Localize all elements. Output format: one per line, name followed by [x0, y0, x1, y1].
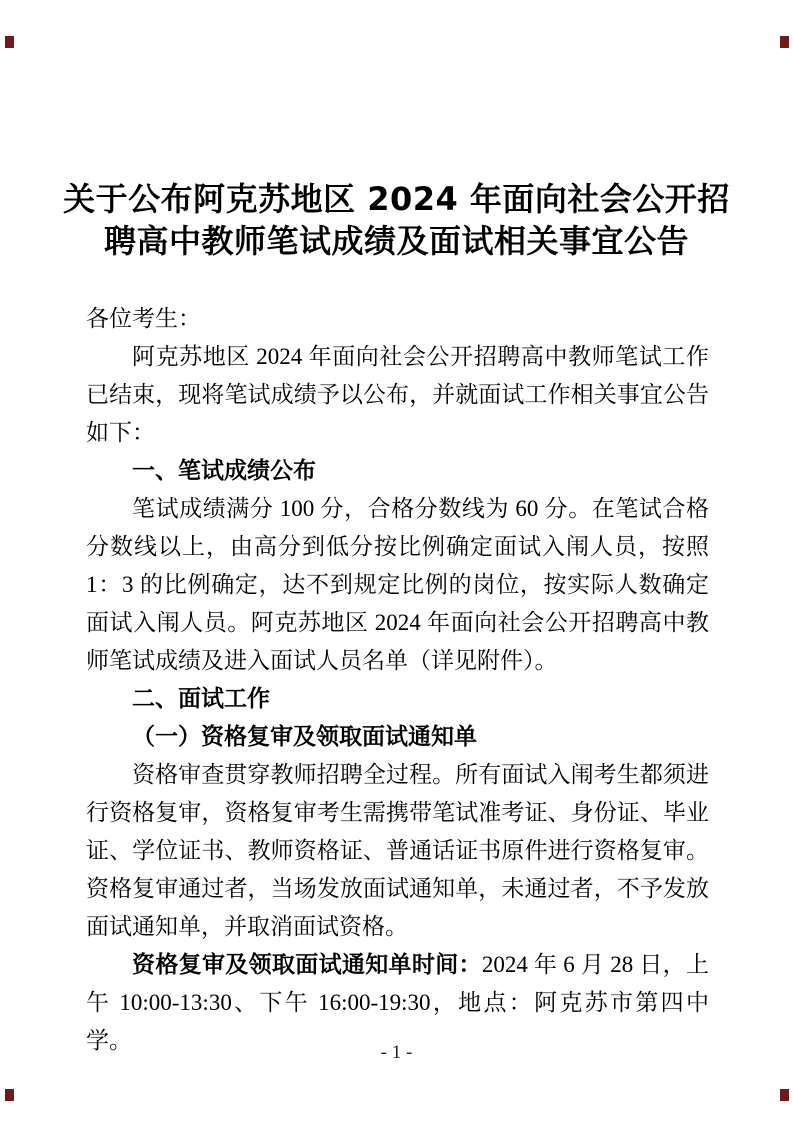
corner-mark-bottom-left — [5, 1089, 14, 1101]
salutation: 各位考生： — [86, 300, 709, 338]
section-1-body: 笔试成绩满分 100 分，合格分数线为 60 分。在笔试合格分数线以上，由高分到… — [86, 490, 709, 680]
section-2-body: 资格审查贯穿教师招聘全过程。所有面试入闱考生都须进行资格复审，资格复审考生需携带… — [86, 756, 709, 946]
corner-mark-top-left — [5, 36, 14, 48]
notice-time-label: 资格复审及领取面试通知单时间： — [132, 952, 482, 977]
document-title-line-1: 关于公布阿克苏地区 2024 年面向社会公开招 — [0, 178, 793, 220]
document-title: 关于公布阿克苏地区 2024 年面向社会公开招 聘高中教师笔试成绩及面试相关事宜… — [0, 0, 793, 262]
document-title-line-2: 聘高中教师笔试成绩及面试相关事宜公告 — [0, 220, 793, 262]
document-page: 关于公布阿克苏地区 2024 年面向社会公开招 聘高中教师笔试成绩及面试相关事宜… — [0, 0, 793, 1122]
section-2-heading: 二、面试工作 — [86, 680, 709, 718]
intro-paragraph: 阿克苏地区 2024 年面向社会公开招聘高中教师笔试工作已结束，现将笔试成绩予以… — [86, 338, 709, 452]
section-1-heading: 一、笔试成绩公布 — [86, 452, 709, 490]
document-body: 各位考生： 阿克苏地区 2024 年面向社会公开招聘高中教师笔试工作已结束，现将… — [86, 300, 709, 1060]
section-2-sub-heading: （一）资格复审及领取面试通知单 — [86, 718, 709, 756]
page-number: - 1 - — [0, 1042, 793, 1064]
corner-mark-bottom-right — [780, 1089, 789, 1101]
corner-mark-top-right — [780, 36, 789, 48]
